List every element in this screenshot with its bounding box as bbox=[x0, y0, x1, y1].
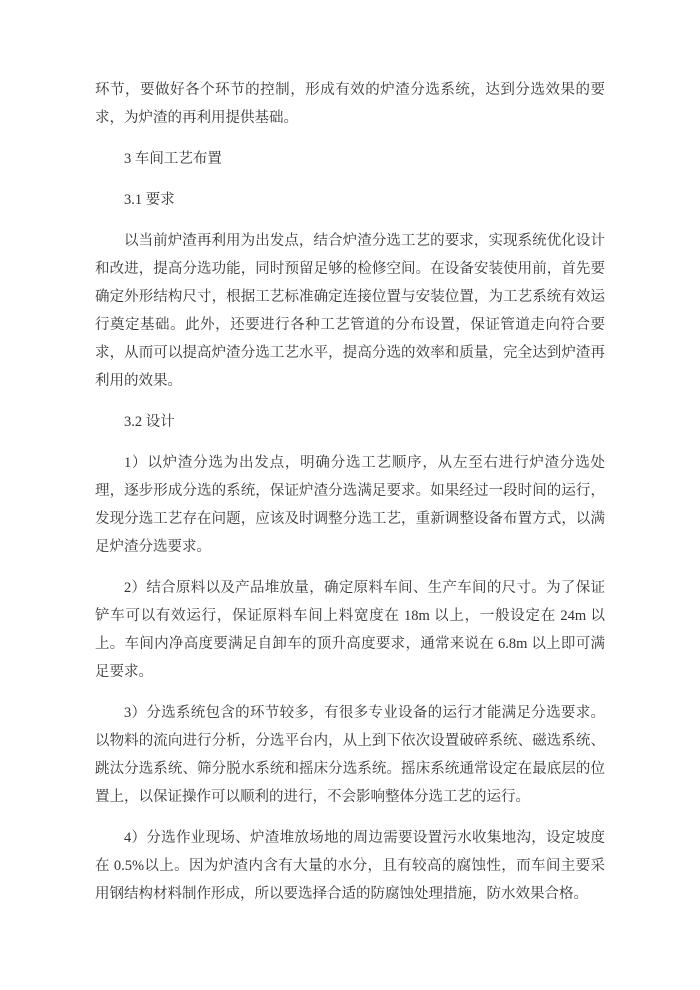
subsection-heading-requirements: 3.1 要求 bbox=[95, 186, 605, 214]
document-page: 环节，要做好各个环节的控制，形成有效的炉渣分选系统，达到分选效果的要求，为炉渣的… bbox=[0, 0, 700, 990]
paragraph-continuation: 环节，要做好各个环节的控制，形成有效的炉渣分选系统，达到分选效果的要求，为炉渣的… bbox=[95, 76, 605, 132]
paragraph-requirements: 以当前炉渣再利用为出发点，结合炉渣分选工艺的要求，实现系统优化设计和改进，提高分… bbox=[95, 227, 605, 395]
design-item-2: 2）结合原料以及产品堆放量，确定原料车间、生产车间的尺寸。为了保证铲车可以有效运… bbox=[95, 574, 605, 686]
design-item-3: 3）分选系统包含的环节较多，有很多专业设备的运行才能满足分选要求。以物料的流向进… bbox=[95, 699, 605, 811]
subsection-heading-design: 3.2 设计 bbox=[95, 408, 605, 436]
design-item-1: 1）以炉渣分选为出发点，明确分选工艺顺序，从左至右进行炉渣分选处理，逐步形成分选… bbox=[95, 449, 605, 561]
section-heading-workshop-layout: 3 车间工艺布置 bbox=[95, 145, 605, 173]
design-item-4: 4）分选作业现场、炉渣堆放场地的周边需要设置污水收集地沟，设定坡度在 0.5%以… bbox=[95, 824, 605, 908]
